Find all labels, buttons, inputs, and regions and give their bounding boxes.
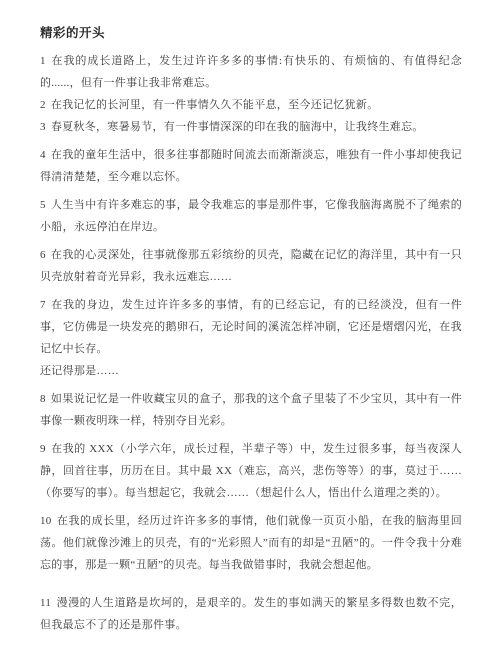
item-number: 9 [40,443,46,455]
item-number: 7 [40,299,46,311]
document-page: 精彩的开头 1在我的成长道路上，发生过许许多多的事情:有快乐的、有烦恼的、有值得… [0,0,500,647]
list-item: 5人生当中有许多难忘的事，最令我难忘的事是那件事，它像我脑海离脱不了绳索的小船，… [40,194,462,238]
item-number: 5 [40,199,46,211]
list-item: 7在我的身边，发生过许许多多的事情，有的已经忘记，有的已经淡没，但有一件事，它仿… [40,294,462,382]
item-text: 在我的 XXX（小学六年，成长过程，半辈子等）中，发生过很多事，每当夜深人静，回… [40,443,462,499]
item-number: 8 [40,393,46,405]
item-text: 在我的成长道路上，发生过许许多多的事情:有快乐的、有烦恼的、有值得纪念的....… [40,55,462,89]
item-number: 4 [40,149,46,161]
item-number: 10 [40,515,52,527]
list-item: 3春夏秋冬，寒暑易节，有一件事情深深的印在我的脑海中，让我终生难忘。 [40,116,462,138]
item-text: 人生当中有许多难忘的事，最令我难忘的事是那件事，它像我脑海离脱不了绳索的小船，永… [40,199,462,233]
list-item: 2在我记忆的长河里，有一件事情久久不能平息，至今还记忆犹新。 [40,94,462,116]
list-item: 6在我的心灵深处，往事就像那五彩缤纷的贝壳，隐藏在记忆的海洋里，其中有一只贝壳放… [40,244,462,288]
item-number: 6 [40,249,46,261]
item-text: 如果说记忆是一件收藏宝贝的盒子，那我的这个盒子里装了不少宝贝，其中有一件事像一颗… [40,393,462,427]
item-text: 漫漫的人生道路是坎坷的，是艰辛的。发生的事如满天的繁星多得数也数不完，但我最忘不… [40,597,462,631]
item-text: 在我的童年生活中，很多往事都随时间流去而渐渐淡忘，唯独有一件小事却使我记得清清楚… [40,149,462,183]
list-item: 1在我的成长道路上，发生过许许多多的事情:有快乐的、有烦恼的、有值得纪念的...… [40,50,462,94]
item-text: 在我记忆的长河里，有一件事情久久不能平息，至今还记忆犹新。 [51,99,379,111]
item-number: 3 [40,121,46,133]
list-item: 4在我的童年生活中，很多往事都随时间流去而渐渐淡忘，唯独有一件小事却使我记得清清… [40,144,462,188]
item-number: 2 [40,99,46,111]
list-item: 9在我的 XXX（小学六年，成长过程，半辈子等）中，发生过很多事，每当夜深人静，… [40,438,462,504]
item-text: 在我的成长里，经历过许许多多的事情，他们就像一页页小船，在我的脑海里回荡。他们就… [40,515,462,571]
item-number: 11 [40,597,51,609]
list-item: 8如果说记忆是一件收藏宝贝的盒子，那我的这个盒子里装了不少宝贝，其中有一件事像一… [40,388,462,432]
item-text: 春夏秋冬，寒暑易节，有一件事情深深的印在我的脑海中，让我终生难忘。 [51,121,424,133]
item-text: 在我的心灵深处，往事就像那五彩缤纷的贝壳，隐藏在记忆的海洋里，其中有一只贝壳放射… [40,249,462,283]
item-number: 1 [40,55,46,67]
page-title: 精彩的开头 [40,22,462,44]
list-item: 10在我的成长里，经历过许许多多的事情，他们就像一页页小船，在我的脑海里回荡。他… [40,510,462,576]
list-item: 11漫漫的人生道路是坎坷的，是艰辛的。发生的事如满天的繁星多得数也数不完，但我最… [40,592,462,636]
item-text: 在我的身边，发生过许许多多的事情，有的已经忘记，有的已经淡没，但有一件事，它仿佛… [40,299,462,377]
